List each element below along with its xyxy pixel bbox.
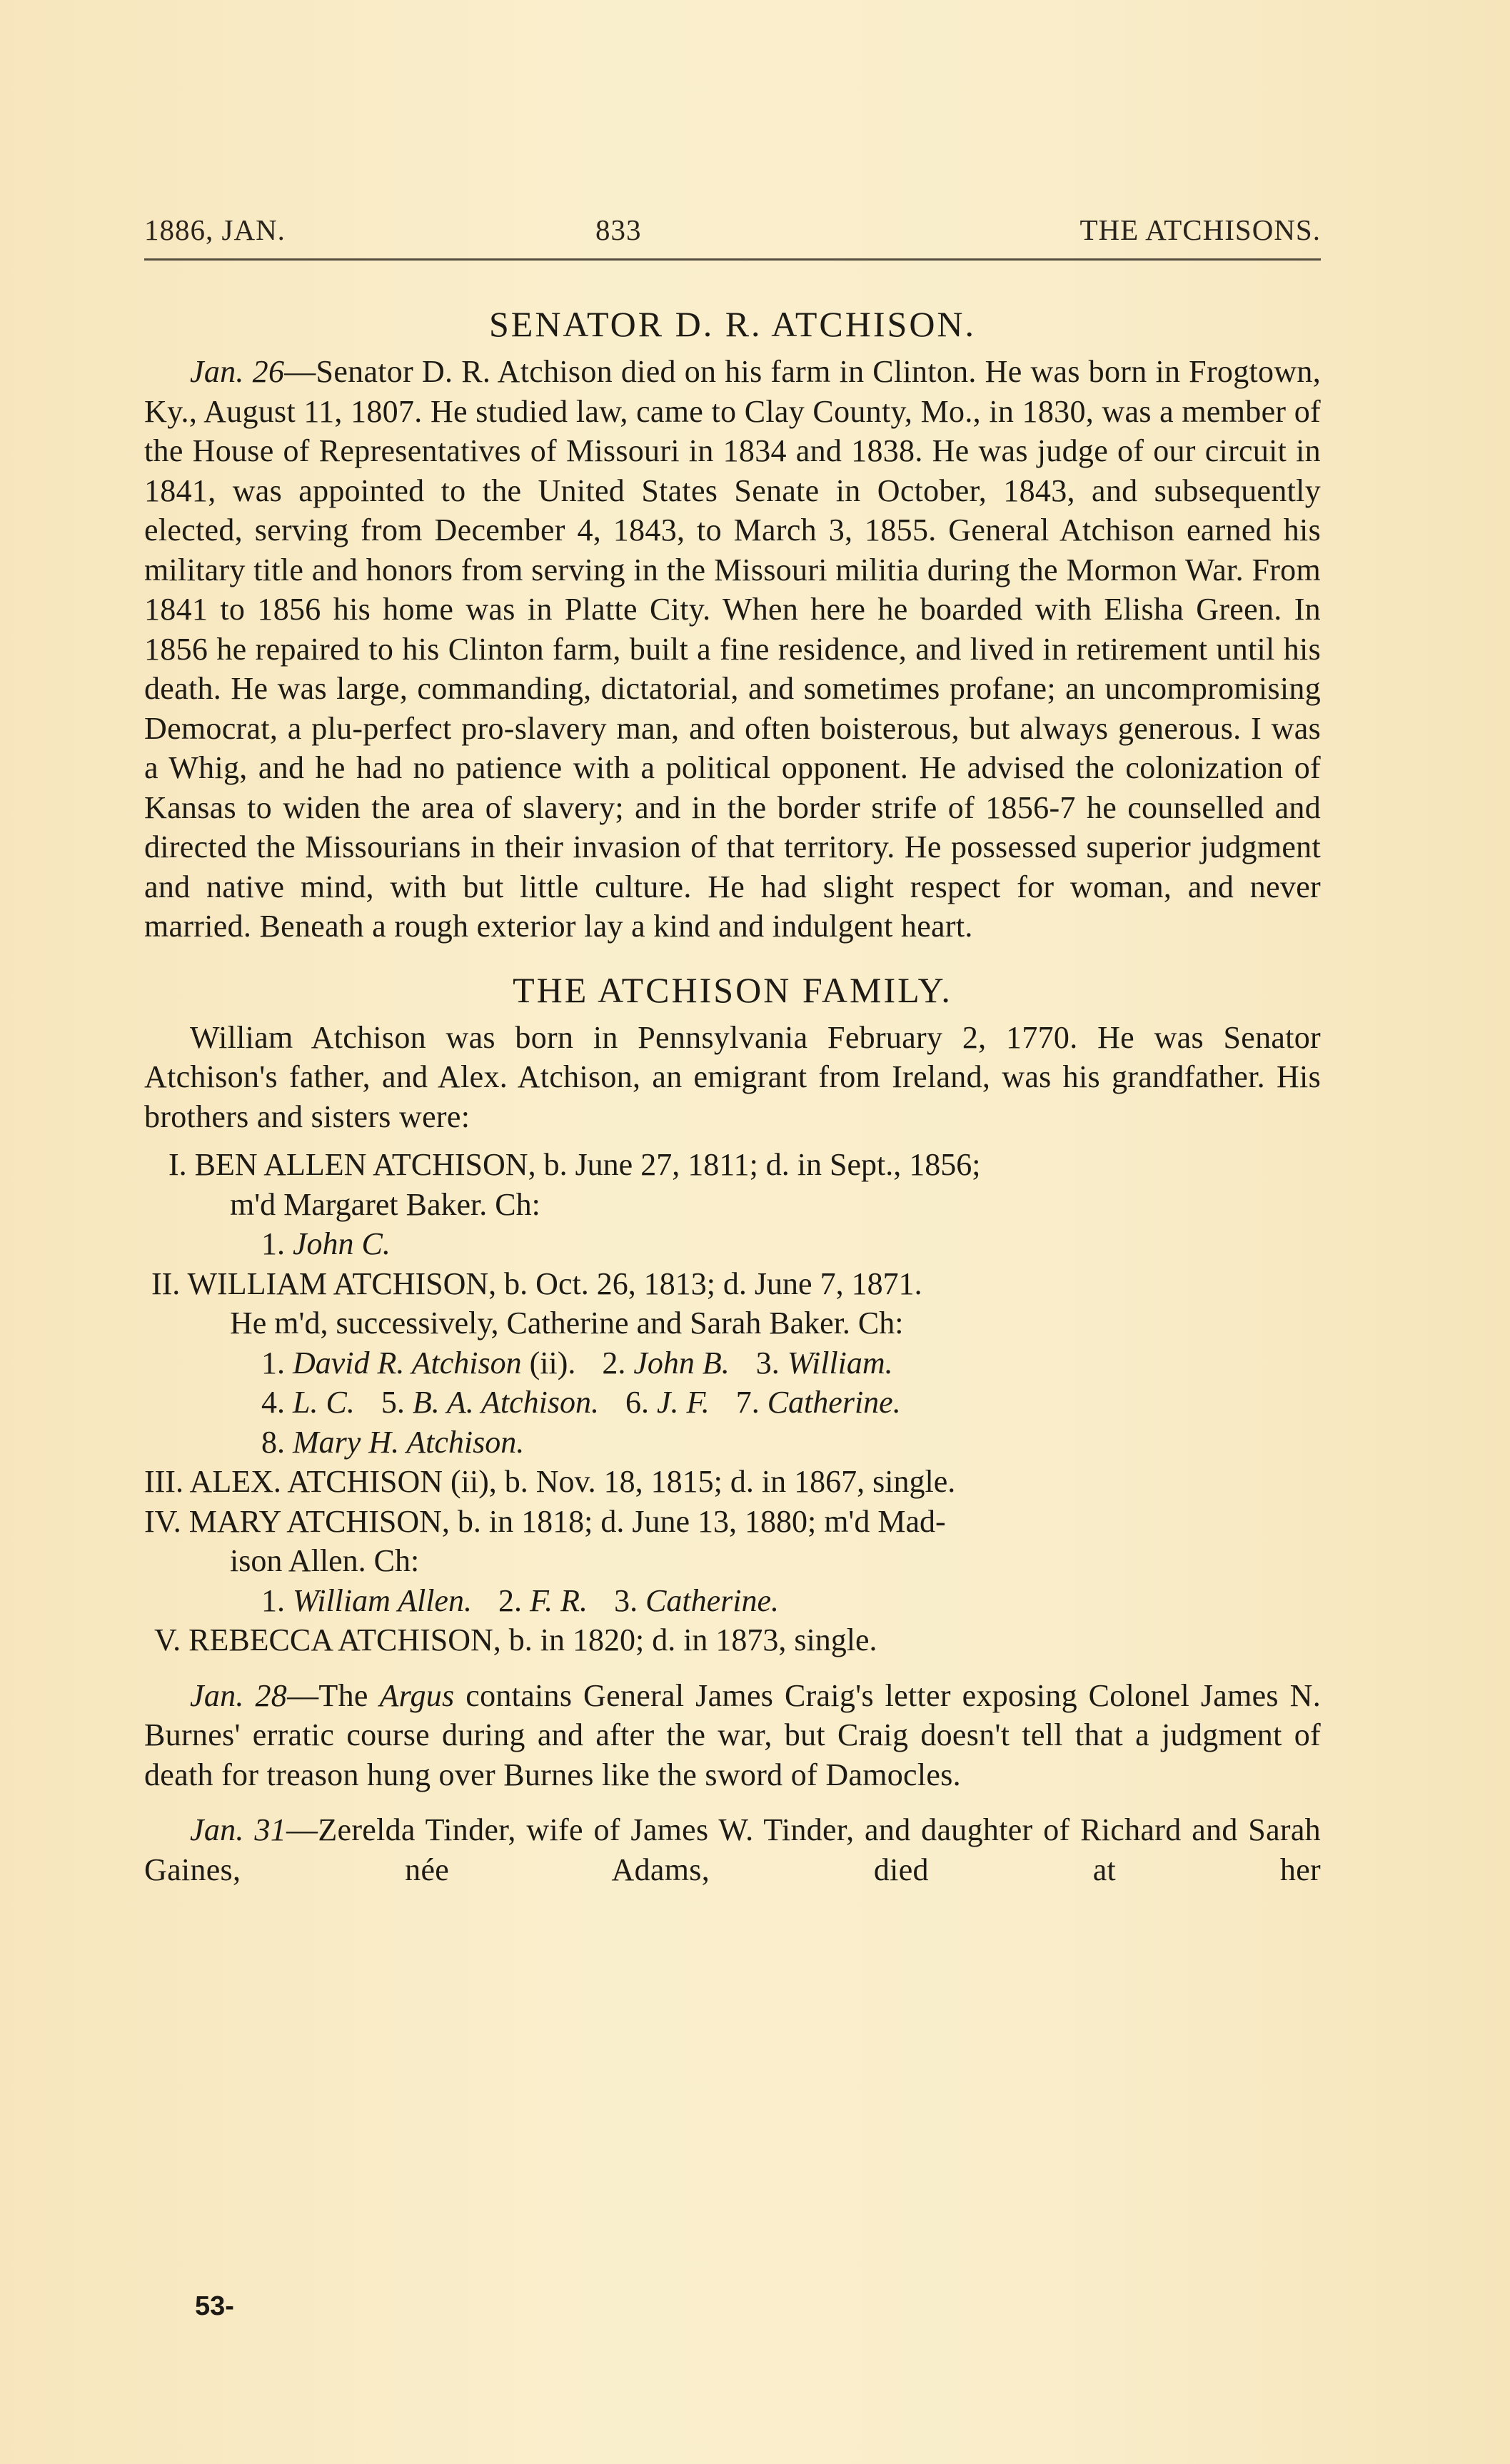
entry-heading: V. REBECCA ATCHISON, b. in 1820; d. in 1… (144, 1620, 1321, 1660)
jan31-paragraph: Jan. 31—Zerelda Tinder, wife of James W.… (144, 1810, 1321, 1889)
child-name: Mary H. Atchison. (293, 1425, 524, 1460)
child: 8. Mary H. Atchison. (261, 1425, 524, 1460)
entry-date: Jan. 26 (190, 354, 284, 389)
child-number: 1. (261, 1583, 285, 1618)
entry-continuation: He m'd, successively, Catherine and Sara… (144, 1303, 1321, 1343)
entry-text: —The (287, 1678, 379, 1713)
child: 1. David R. Atchison (ii). (261, 1345, 575, 1380)
child: 5. B. A. Atchison. (381, 1385, 599, 1420)
child-name: Catherine. (767, 1385, 901, 1420)
entry-text: —Zerelda Tinder, wife of James W. Tinder… (144, 1812, 1321, 1887)
roman-numeral: V. (154, 1622, 181, 1657)
child-name: Catherine. (645, 1583, 779, 1618)
child-number: 3. (614, 1583, 638, 1618)
child-number: 1. (261, 1226, 285, 1261)
child: 6. J. F. (625, 1385, 710, 1420)
child-name: William. (787, 1345, 893, 1380)
jan28-paragraph: Jan. 28—The Argus contains General James… (144, 1676, 1321, 1795)
child-number: 3. (756, 1345, 780, 1380)
senator-paragraph: Jan. 26—Senator D. R. Atchison died on h… (144, 352, 1321, 946)
children-line: 1. John C. (144, 1224, 1321, 1264)
entry-continuation: m'd Margaret Baker. Ch: (144, 1185, 1321, 1225)
page-number: 833 (595, 213, 642, 247)
entry-heading: II. WILLIAM ATCHISON, b. Oct. 26, 1813; … (144, 1264, 1321, 1304)
genealogy-list: I. BEN ALLEN ATCHISON, b. June 27, 1811;… (144, 1145, 1321, 1660)
entry-heading: I. BEN ALLEN ATCHISON, b. June 27, 1811;… (144, 1145, 1321, 1185)
child-name: William Allen. (293, 1583, 472, 1618)
person-details: , b. in 1820; d. in 1873, single. (493, 1622, 877, 1657)
person-details: , b. in 1818; d. June 13, 1880; m'd Mad- (442, 1504, 946, 1539)
child-name: John B. (633, 1345, 729, 1380)
signature-mark: 53- (195, 2291, 234, 2322)
genealogy-entry: III. ALEX. ATCHISON (ii), b. Nov. 18, 18… (144, 1462, 1321, 1502)
child-name: J. F. (657, 1385, 710, 1420)
child: 7. Catherine. (736, 1385, 901, 1420)
children-line: 4. L. C. 5. B. A. Atchison. 6. J. F. 7. … (144, 1383, 1321, 1423)
person-name: WILLIAM ATCHISON (188, 1266, 489, 1301)
child: 3. Catherine. (614, 1583, 779, 1618)
child-name: F. R. (530, 1583, 588, 1618)
child: 3. William. (756, 1345, 893, 1380)
genealogy-entry: IV. MARY ATCHISON, b. in 1818; d. June 1… (144, 1502, 1321, 1621)
section-title-senator: SENATOR D. R. ATCHISON. (144, 301, 1321, 348)
running-head: 1886, JAN. 833 THE ATCHISONS. (144, 213, 1321, 251)
entry-text: —Senator D. R. Atchison died on his farm… (144, 354, 1321, 944)
child-number: 1. (261, 1345, 285, 1380)
roman-numeral: II. (151, 1266, 180, 1301)
child-number: 7. (736, 1385, 760, 1420)
child: 2. John B. (602, 1345, 729, 1380)
entry-continuation: ison Allen. Ch: (144, 1541, 1321, 1581)
child-number: 2. (498, 1583, 522, 1618)
entry-heading: III. ALEX. ATCHISON (ii), b. Nov. 18, 18… (144, 1462, 1321, 1502)
person-name: MARY ATCHISON (189, 1504, 442, 1539)
person-details: , b. Oct. 26, 1813; d. June 7, 1871. (488, 1266, 922, 1301)
child-number: 4. (261, 1385, 285, 1420)
person-details: , b. June 27, 1811; d. in Sept., 1856; (528, 1147, 981, 1182)
running-head-date: 1886, JAN. (144, 213, 286, 247)
child-number: 2. (602, 1345, 625, 1380)
child-suffix: (ii). (522, 1345, 576, 1380)
person-name: BEN ALLEN ATCHISON (195, 1147, 528, 1182)
genealogy-entry: V. REBECCA ATCHISON, b. in 1820; d. in 1… (144, 1620, 1321, 1660)
child: 1. William Allen. (261, 1583, 472, 1618)
children-line: 1. David R. Atchison (ii). 2. John B. 3.… (144, 1343, 1321, 1383)
child-number: 6. (625, 1385, 649, 1420)
running-head-title: THE ATCHISONS. (1080, 213, 1321, 247)
roman-numeral: I. (168, 1147, 187, 1182)
children-line: 8. Mary H. Atchison. (144, 1423, 1321, 1463)
child: 1. John C. (261, 1226, 391, 1261)
genealogy-entry: II. WILLIAM ATCHISON, b. Oct. 26, 1813; … (144, 1264, 1321, 1463)
entry-date: Jan. 31 (190, 1812, 286, 1847)
entry-heading: IV. MARY ATCHISON, b. in 1818; d. June 1… (144, 1502, 1321, 1542)
entry-date: Jan. 28 (190, 1678, 287, 1713)
child-name: David R. Atchison (293, 1345, 522, 1380)
child-name: John C. (293, 1226, 391, 1261)
child: 4. L. C. (261, 1385, 355, 1420)
child-number: 5. (381, 1385, 405, 1420)
child-name: L. C. (293, 1385, 355, 1420)
child-number: 8. (261, 1425, 285, 1460)
children-line: 1. William Allen. 2. F. R. 3. Catherine. (144, 1581, 1321, 1621)
genealogy-entry: I. BEN ALLEN ATCHISON, b. June 27, 1811;… (144, 1145, 1321, 1264)
newspaper-name: Argus (379, 1678, 454, 1713)
child: 2. F. R. (498, 1583, 588, 1618)
header-rule (144, 258, 1321, 261)
person-name: REBECCA ATCHISON (188, 1622, 493, 1657)
roman-numeral: III. (144, 1464, 183, 1499)
roman-numeral: IV. (144, 1504, 181, 1539)
person-name: ALEX. ATCHISON (190, 1464, 443, 1499)
book-page: 1886, JAN. 833 THE ATCHISONS. SENATOR D.… (144, 213, 1321, 1889)
section-title-family: THE ATCHISON FAMILY. (144, 966, 1321, 1014)
person-details: (ii), b. Nov. 18, 1815; d. in 1867, sing… (443, 1464, 955, 1499)
child-name: B. A. Atchison. (413, 1385, 599, 1420)
family-intro: William Atchison was born in Pennsylvani… (144, 1018, 1321, 1137)
